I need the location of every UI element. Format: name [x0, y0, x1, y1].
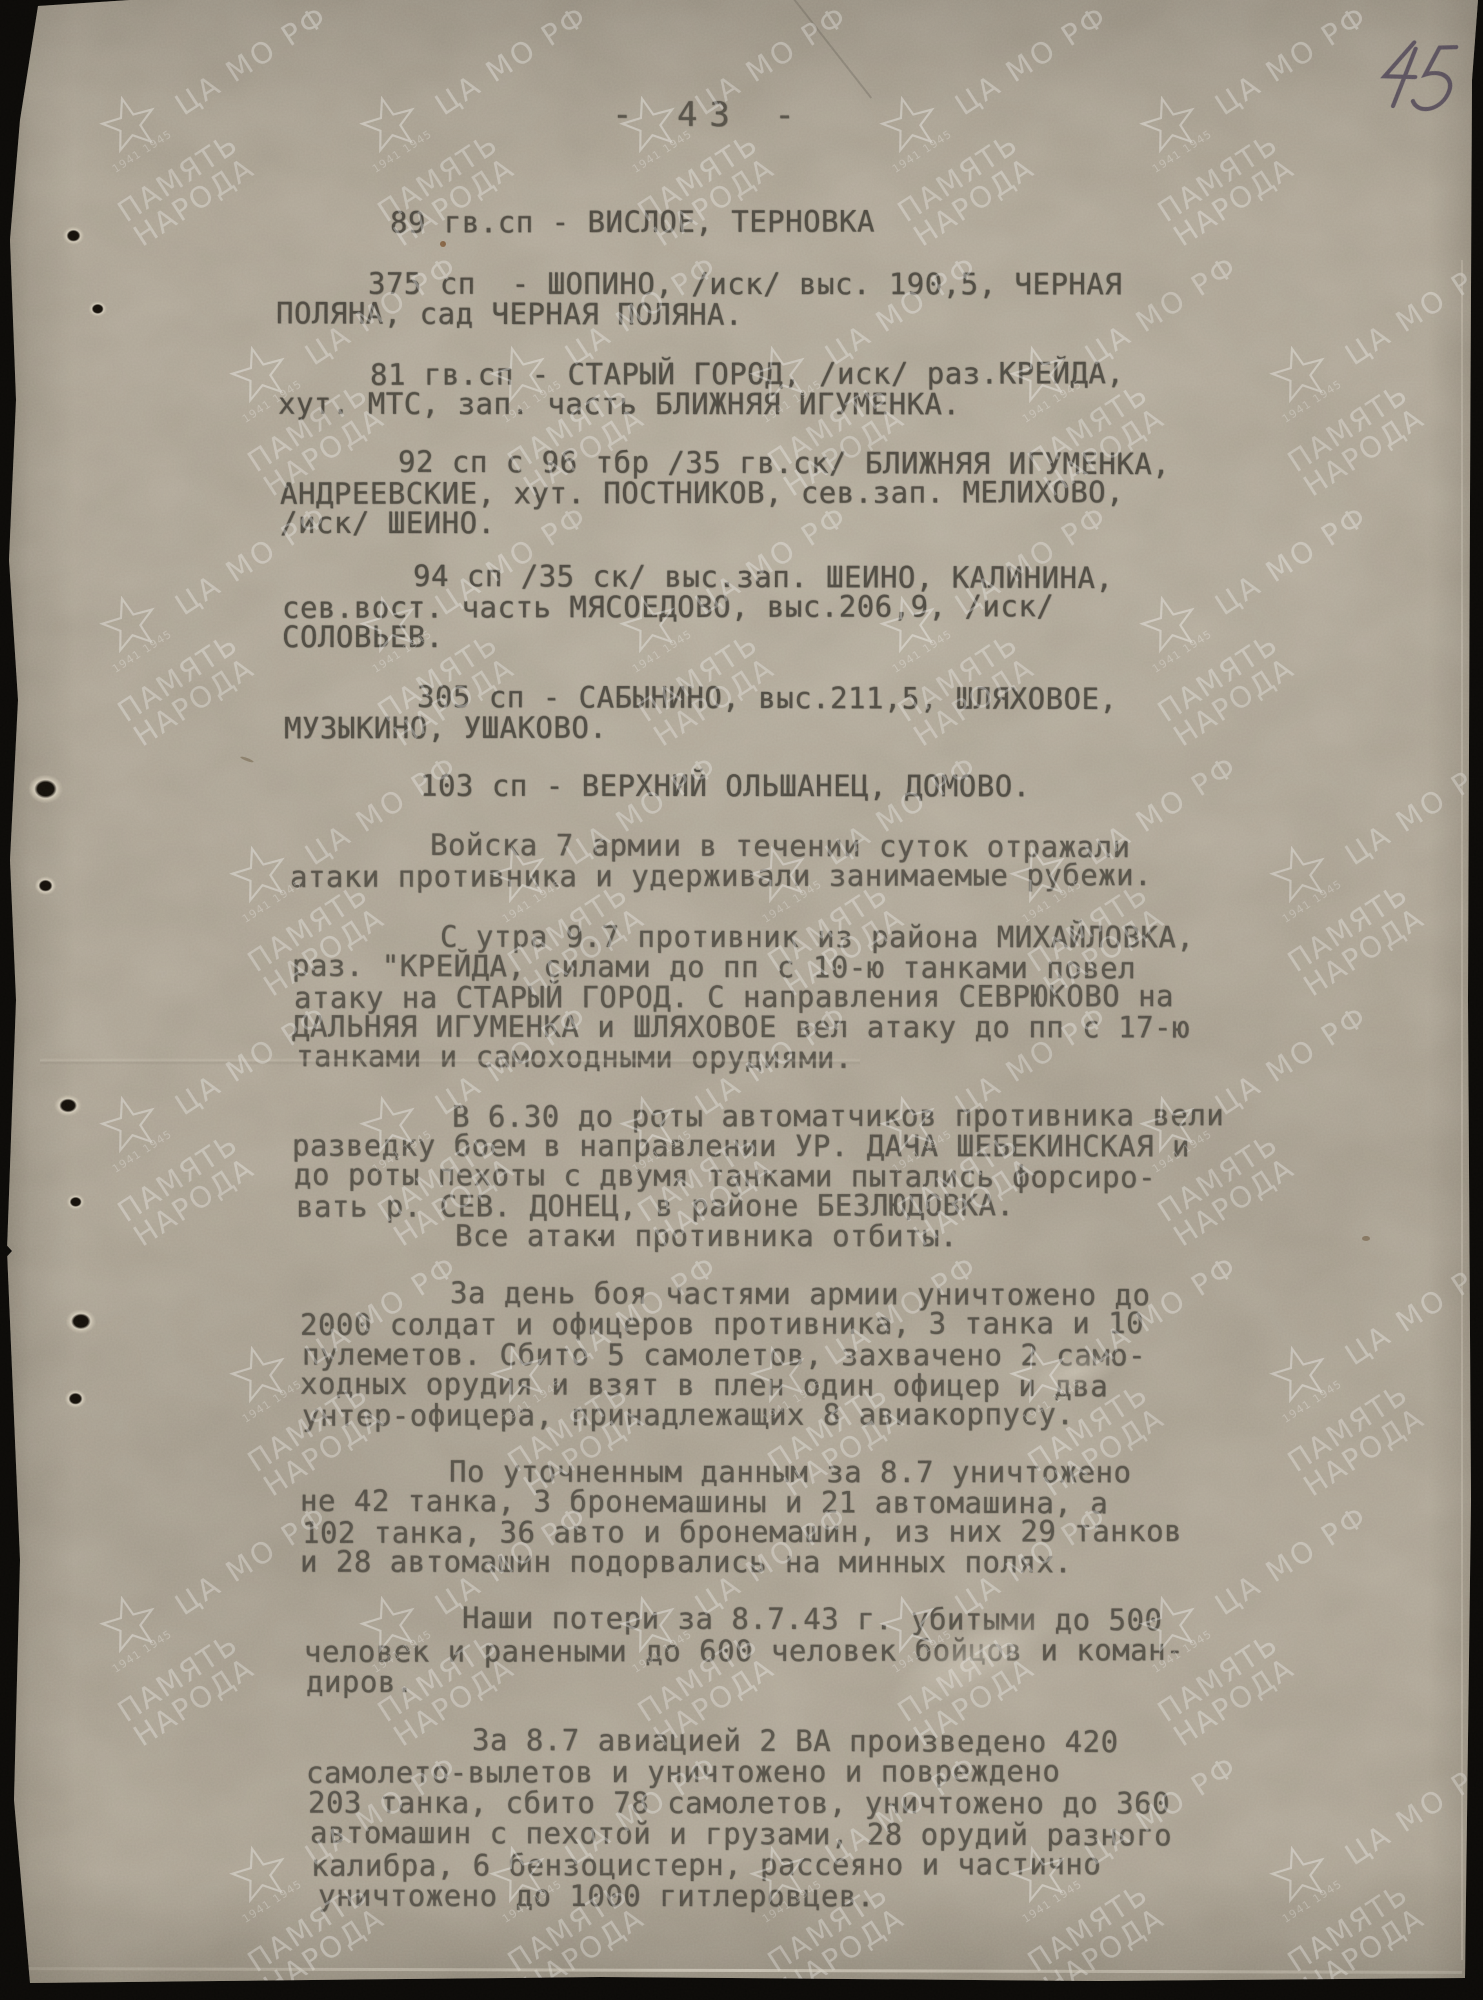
- watermark-years-text: 1941 1945: [630, 627, 695, 675]
- typed-line: автомашин с пехотой и грузами, 28 орудий…: [310, 1818, 1172, 1851]
- typed-line: 103 сп - ВЕРХНИЙ ОЛЬШАНЕЦ, ДОМОВО.: [420, 771, 1031, 802]
- watermark-years-text: 1941 1945: [1150, 627, 1215, 675]
- punch-hole: [86, 299, 112, 321]
- typed-line: разведку боем в направлении УР. ДАЧА ШЕБ…: [292, 1131, 1190, 1162]
- page-number-typed: - 43 -: [612, 100, 807, 131]
- punch-hole: [32, 874, 62, 900]
- typed-line: и 28 автомашин подорвались на минных пол…: [300, 1547, 1072, 1578]
- stain-speck: [440, 241, 446, 247]
- scratch-mark: [772, 0, 872, 99]
- watermark-archive-text: ЦА МО РФ: [429, 0, 594, 122]
- star-icon: [873, 88, 944, 158]
- watermark-years-text: 1941 1945: [1280, 877, 1345, 925]
- edge-tear: [0, 698, 16, 728]
- typed-line: СОЛОВЬЕВ.: [282, 622, 444, 652]
- watermark-years-text: 1941 1945: [890, 127, 955, 175]
- typed-line: 102 танка, 36 авто и бронемашин, из них …: [302, 1516, 1182, 1548]
- watermark-archive-text: ЦА МО РФ: [949, 0, 1114, 122]
- paper-right-edge-highlight: [1461, 260, 1463, 1960]
- typed-line: 89 гв.сп - ВИСЛОЕ, ТЕРНОВКА: [390, 206, 875, 237]
- punch-hole: [24, 771, 72, 811]
- watermark-years-text: 1941 1945: [1020, 1877, 1085, 1925]
- watermark-memory-text: ПАМЯТЬНАРОДА: [1283, 379, 1429, 502]
- typed-line: 203 танка, сбито 78 самолетов, уничтожен…: [308, 1788, 1170, 1819]
- handwritten-page-number: 45: [1359, 30, 1482, 150]
- typed-line: Наши потери за 8.7.43 г. убитыми до 500: [462, 1603, 1163, 1635]
- watermark-years-text: 1941 1945: [1150, 127, 1215, 175]
- star-icon: [223, 838, 294, 908]
- watermark-memory-text: ПАМЯТЬНАРОДА: [1153, 629, 1299, 752]
- typed-line: сев.вост. часть МЯСОЕДОВО, выс.206,9, /и…: [282, 591, 1054, 623]
- watermark-archive-text: ЦА МО РФ: [1209, 998, 1374, 1122]
- typed-line: самолето-вылетов и уничтожено и поврежде…: [306, 1756, 1060, 1788]
- typed-line: диров.: [306, 1667, 414, 1697]
- watermark-archive-text: ЦА МО РФ: [169, 0, 334, 122]
- watermark-memory-text: ПАМЯТЬНАРОДА: [113, 1629, 259, 1752]
- star-icon: [1133, 588, 1204, 658]
- watermark-archive-text: ЦА МО РФ: [1209, 1498, 1374, 1622]
- watermark-years-text: 1941 1945: [1280, 377, 1345, 425]
- star-icon: [353, 88, 424, 158]
- punch-hole: [62, 1387, 92, 1413]
- watermark-memory-text: ПАМЯТЬНАРОДА: [1153, 129, 1299, 252]
- typed-line: вать р. СЕВ. ДОНЕЦ, в районе БЕЗЛЮДОВКА.: [296, 1190, 1014, 1222]
- typed-line: не 42 танка, 3 бронемашины и 21 автомаши…: [300, 1486, 1108, 1519]
- typed-line: пулеметов. Сбито 5 самолетов, захвачено …: [302, 1340, 1146, 1371]
- typed-line: хут. МТС, зап. часть БЛИЖНЯЯ ИГУМЕНКА.: [278, 389, 960, 420]
- typed-line: атаки противника и удерживали занимаемые…: [290, 860, 1152, 892]
- typed-line: За день боя частями армии уничтожено до: [450, 1278, 1151, 1310]
- punch-hole: [51, 1092, 89, 1122]
- watermark-years-text: 1941 1945: [1280, 1877, 1345, 1925]
- typed-line: атаку на СТАРЫЙ ГОРОД. С направления СЕВ…: [294, 981, 1174, 1013]
- watermark-years-text: 1941 1945: [1280, 1377, 1345, 1425]
- star-icon: [93, 1088, 164, 1158]
- typed-line: 81 гв.сп - СТАРЫЙ ГОРОД, /иск/ раз.КРЕЙД…: [370, 358, 1124, 390]
- typed-line: 94 сп /35 ск/ выс.зап. ШЕИНО, КАЛИНИНА,: [413, 561, 1114, 593]
- punch-hole: [62, 1306, 104, 1340]
- star-icon: [1263, 1838, 1334, 1908]
- typed-line: В 6.30 до роты автоматчиков противника в…: [452, 1100, 1224, 1132]
- star-icon: [1263, 838, 1334, 908]
- typed-line: ДАЛЬНЯЯ ИГУМЕНКА и ШЛЯХОВОЕ вел атаку до…: [292, 1012, 1190, 1043]
- typed-line: По уточненным данным за 8.7 уничтожено: [449, 1457, 1131, 1488]
- watermark-memory-text: ПАМЯТЬНАРОДА: [113, 129, 259, 252]
- watermark-memory-text: ПАМЯТЬНАРОДА: [1283, 1379, 1429, 1502]
- paper-bottom-edge-highlight: [22, 1967, 1462, 1974]
- star-icon: [93, 88, 164, 158]
- watermark-years-text: 1941 1945: [110, 627, 175, 675]
- punch-hole: [64, 1192, 90, 1214]
- star-icon: [93, 588, 164, 658]
- star-icon: [223, 1838, 294, 1908]
- typed-line: танками и самоходными орудиями.: [296, 1041, 853, 1073]
- handwriting-45: [1360, 30, 1482, 146]
- typed-line: 305 сп - САБЫНИНО, выс.211,5, ШЛЯХОВОЕ,: [417, 682, 1118, 714]
- watermark-memory-text: ПАМЯТЬНАРОДА: [113, 629, 259, 752]
- document-page: - 43 -89 гв.сп - ВИСЛОЕ, ТЕРНОВКА375 сп …: [0, 0, 1483, 2000]
- watermark-years-text: 1941 1945: [890, 627, 955, 675]
- typed-line: АНДРЕЕВСКИЕ, хут. ПОСТНИКОВ, сев.зап. МЕ…: [280, 477, 1124, 509]
- watermark-memory-text: ПАМЯТЬНАРОДА: [1023, 1879, 1169, 2000]
- watermark-archive-text: ЦА МО РФ: [1209, 498, 1374, 622]
- watermark-years-text: 1941 1945: [240, 1377, 305, 1425]
- typed-line: /иск/ ШЕИНО.: [280, 508, 496, 538]
- typed-line: Войска 7 армии в течении суток отражали: [430, 830, 1131, 862]
- typed-line: 375 сп - ШОПИНО, /иск/ выс. 190,5, ЧЕРНА…: [368, 269, 1122, 300]
- typed-line: За 8.7 авиацией 2 ВА произведено 420: [472, 1725, 1119, 1757]
- stain-speck: [598, 1237, 602, 1241]
- watermark-years-text: 1941 1945: [110, 127, 175, 175]
- watermark-years-text: 1941 1945: [110, 1127, 175, 1175]
- typed-line: человек и ранеными до 600 человек бойцов…: [304, 1635, 1184, 1667]
- watermark-years-text: 1941 1945: [370, 127, 435, 175]
- typed-line: унтер-офицера, принадлежащих 8 авиакорпу…: [302, 1399, 1074, 1431]
- punch-hole: [60, 224, 90, 250]
- star-icon: [1133, 88, 1204, 158]
- typed-line: уничтожено до 1000 гитлеровцев.: [318, 1881, 875, 1911]
- typed-line: МУЗЫКИНО, УШАКОВО.: [284, 713, 607, 744]
- star-icon: [1263, 338, 1334, 408]
- typed-line: Все атаки противника отбиты.: [455, 1221, 958, 1251]
- watermark-years-text: 1941 1945: [240, 1877, 305, 1925]
- stain-speck: [1362, 1236, 1370, 1241]
- typed-line: С утра 9.7 противник из района МИХАЙЛОВК…: [440, 922, 1194, 953]
- stain-speck: [240, 756, 254, 764]
- star-icon: [93, 1588, 164, 1658]
- document-scan: - 43 -89 гв.сп - ВИСЛОЕ, ТЕРНОВКА375 сп …: [0, 0, 1483, 2000]
- typed-line: калибра, 6 бензоцистерн, рассеяно и част…: [311, 1849, 1101, 1881]
- typed-line: 2000 солдат и офицеров противника, 3 тан…: [300, 1308, 1144, 1340]
- watermark-memory-text: ПАМЯТЬНАРОДА: [893, 129, 1039, 252]
- watermark-years-text: 1941 1945: [110, 1627, 175, 1675]
- typed-line: до роты пехоты с двумя танками пытались …: [294, 1160, 1156, 1193]
- star-icon: [1263, 1338, 1334, 1408]
- star-icon: [223, 1338, 294, 1408]
- watermark-memory-text: ПАМЯТЬНАРОДА: [1283, 1879, 1429, 2000]
- watermark-memory-text: ПАМЯТЬНАРОДА: [1283, 879, 1429, 1002]
- watermark-archive-text: ЦА МО РФ: [1209, 0, 1374, 122]
- watermark-memory-text: ПАМЯТЬНАРОДА: [113, 1129, 259, 1252]
- typed-line: ПОЛЯНА, сад ЧЕРНАЯ ПОЛЯНА.: [276, 298, 743, 329]
